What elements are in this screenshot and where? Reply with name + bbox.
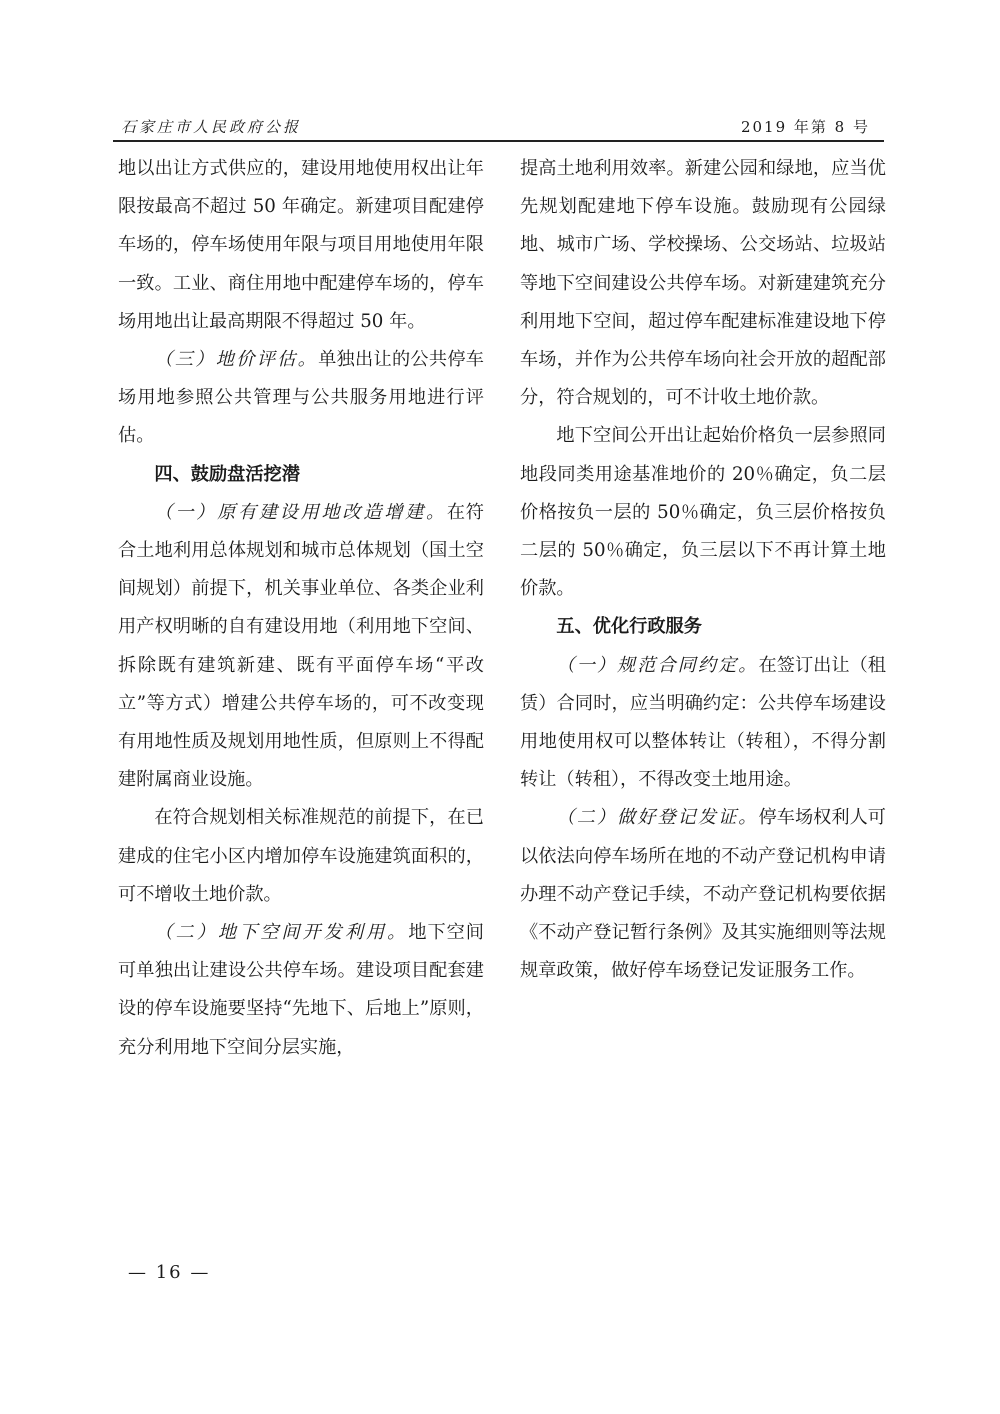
- subsection-heading: （一）规范合同约定。: [556, 655, 758, 676]
- left-column: 地以出让方式供应的，建设用地使用权出让年限按最高不超过 50 年确定。新建项目配…: [118, 150, 484, 1067]
- paragraph: （三）地价评估。单独出让的公共停车场用地参照公共管理与公共服务用地进行评估。: [118, 341, 484, 456]
- issue-number: 2019 年第 8 号: [741, 116, 870, 137]
- paragraph-body: 在符合土地利用总体规划和城市总体规划（国土空间规划）前提下，机关事业单位、各类企…: [118, 502, 484, 790]
- paragraph: 地下空间公开出让起始价格负一层参照同地段同类用途基准地价的 20％确定，负二层价…: [520, 417, 886, 608]
- paragraph: （二）做好登记发证。停车场权利人可以依法向停车场所在地的不动产登记机构申请办理不…: [520, 799, 886, 990]
- page-number: — 16 —: [128, 1262, 210, 1283]
- section-title: 四、鼓励盘活挖潜: [118, 456, 484, 494]
- paragraph: 在符合规划相关标准规范的前提下，在已建成的住宅小区内增加停车设施建筑面积的，可不…: [118, 799, 484, 914]
- subsection-heading: （三）地价评估。: [154, 349, 318, 370]
- paragraph: （一）原有建设用地改造增建。在符合土地利用总体规划和城市总体规划（国土空间规划）…: [118, 494, 484, 800]
- paragraph-body: 停车场权利人可以依法向停车场所在地的不动产登记机构申请办理不动产登记手续，不动产…: [520, 807, 886, 981]
- section-title: 五、优化行政服务: [520, 608, 886, 646]
- running-header: 石家庄市人民政府公报 2019 年第 8 号: [113, 112, 884, 142]
- paragraph: （一）规范合同约定。在签订出让（租赁）合同时，应当明确约定：公共停车场建设用地使…: [520, 647, 886, 800]
- paragraph: （二）地下空间开发利用。地下空间可单独出让建设公共停车场。建设项目配套建设的停车…: [118, 914, 484, 1067]
- subsection-heading: （二）做好登记发证。: [556, 807, 758, 828]
- subsection-heading: （二）地下空间开发利用。: [154, 922, 408, 943]
- journal-title: 石家庄市人民政府公报: [121, 116, 301, 137]
- paragraph: 提高土地利用效率。新建公园和绿地，应当优先规划配建地下停车设施。鼓励现有公园绿地…: [520, 150, 886, 417]
- paragraph: 地以出让方式供应的，建设用地使用权出让年限按最高不超过 50 年确定。新建项目配…: [118, 150, 484, 341]
- subsection-heading: （一）原有建设用地改造增建。: [154, 502, 447, 523]
- right-column: 提高土地利用效率。新建公园和绿地，应当优先规划配建地下停车设施。鼓励现有公园绿地…: [520, 150, 886, 990]
